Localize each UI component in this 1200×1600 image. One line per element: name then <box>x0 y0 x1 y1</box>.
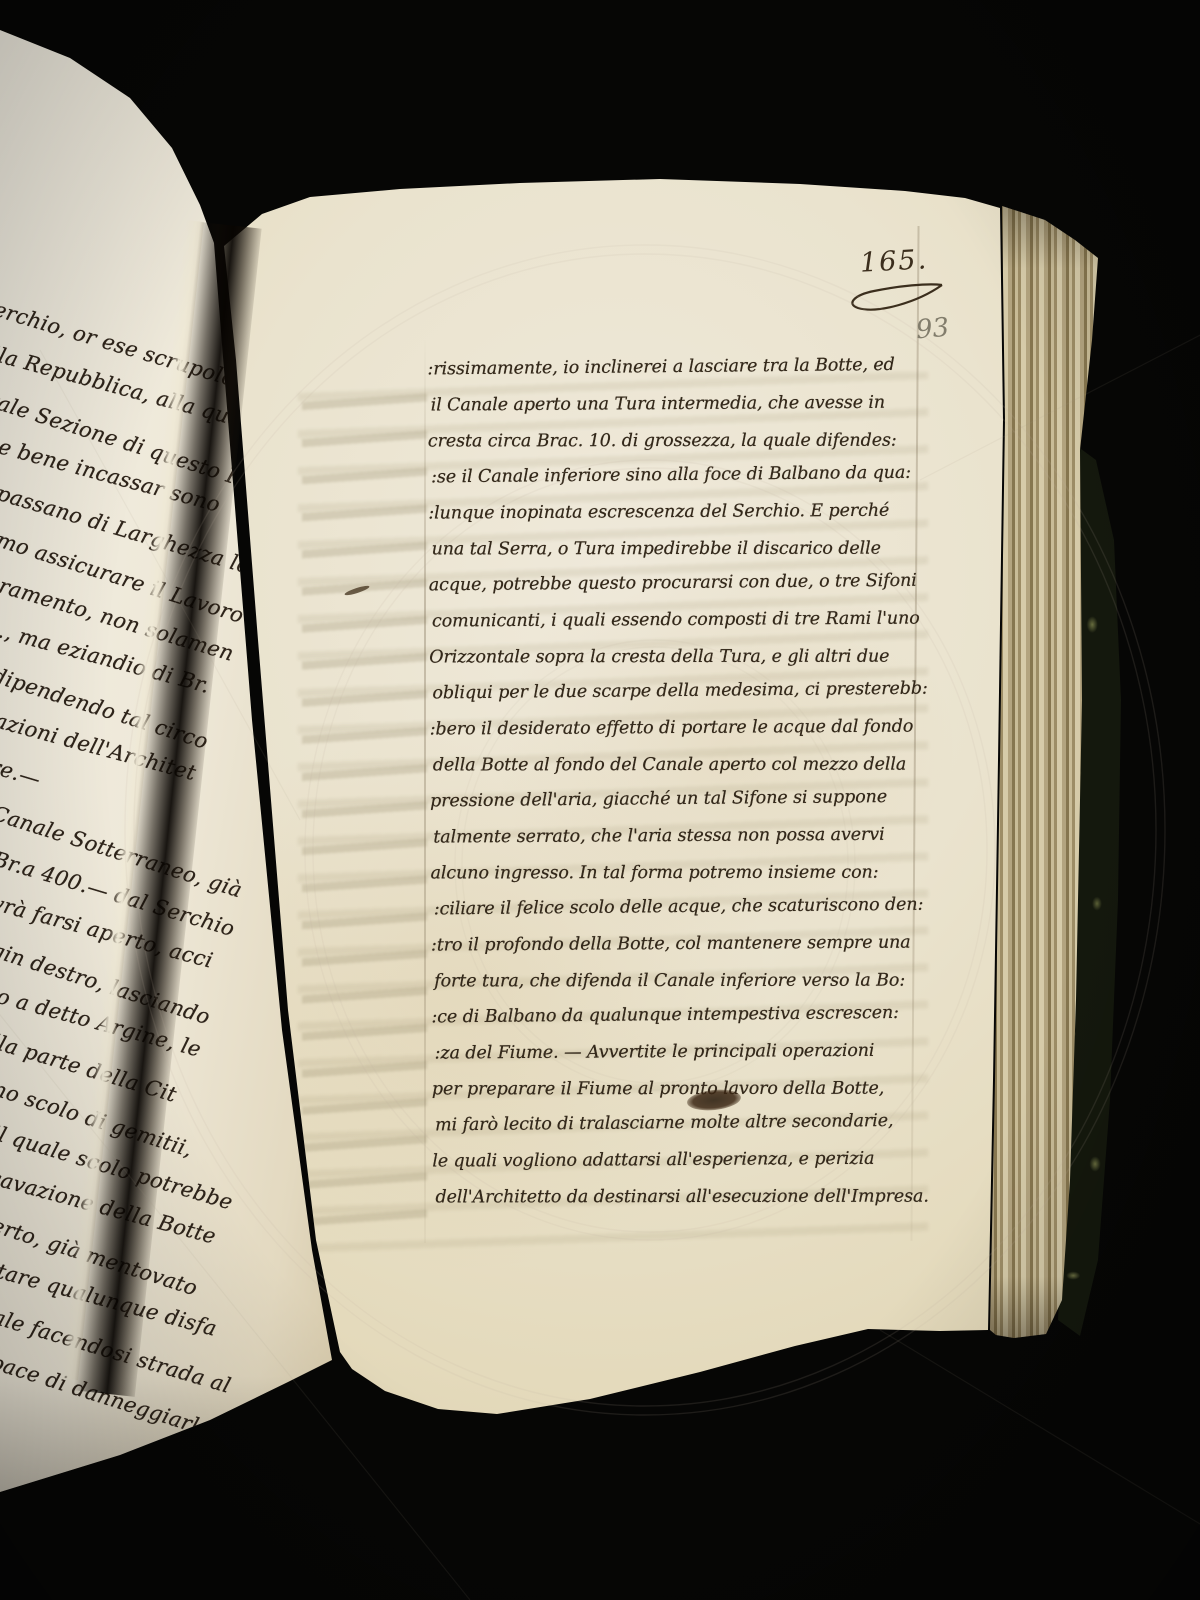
manuscript-line: mi farò lecito di tralasciarne molte alt… <box>435 1103 932 1144</box>
manuscript-line: :tro il profondo della Botte, col manten… <box>431 924 931 963</box>
manuscript-line: Orizzontale sopra la cresta della Tura, … <box>429 639 929 676</box>
manuscript-line: cresta circa Brac. 10. di grossezza, la … <box>428 423 928 460</box>
manuscript-line: obliqui per le due scarpe della medesima… <box>432 671 929 712</box>
manuscript-line: della Botte al fondo del Canale aperto c… <box>433 747 930 784</box>
manuscript-line: :lunque inopinata escrescenza del Serchi… <box>428 492 928 531</box>
manuscript-line: acque, potrebbe questo procurarsi con du… <box>429 563 929 604</box>
manuscript-line: una tal Serra, o Tura impedirebbe il dis… <box>432 531 929 568</box>
manuscript-photo: :rissimamente, io inclinerei a lasciare … <box>0 0 1200 1600</box>
manuscript-text-block: :rissimamente, io inclinerei a lasciare … <box>427 348 932 1215</box>
manuscript-line: :bero il desiderato effetto di portare l… <box>430 708 930 747</box>
left-margin-crease <box>424 338 426 1243</box>
folio-number-pencil: 93 <box>915 313 951 346</box>
manuscript-line: talmente serrato, che l'aria stessa non … <box>433 816 930 855</box>
manuscript-line: alcuno ingresso. In tal forma potremo in… <box>431 855 931 892</box>
manuscript-line: :ciliare il felice scolo delle acque, ch… <box>434 887 931 928</box>
manuscript-line: dell'Architetto da destinarsi all'esecuz… <box>436 1179 933 1216</box>
manuscript-line: :za del Fiume. — Avvertite le principali… <box>435 1032 932 1071</box>
manuscript-line: per preparare il Fiume al pronto lavoro … <box>432 1071 932 1108</box>
manuscript-line: forte tura, che difenda il Canale inferi… <box>434 963 931 1000</box>
manuscript-line: comunicanti, i quali essendo composti di… <box>432 600 929 639</box>
page-number-flourish <box>848 280 948 316</box>
manuscript-line: le quali vogliono adattarsi all'esperien… <box>432 1140 932 1179</box>
manuscript-line: :rissimamente, io inclinerei a lasciare … <box>427 347 927 388</box>
manuscript-line: :ce di Balbano da qualunque intempestiva… <box>431 995 931 1036</box>
manuscript-line: :se il Canale inferiore sino alla foce d… <box>431 455 928 496</box>
page-number: 165. <box>859 244 929 279</box>
manuscript-line: il Canale aperto una Tura intermedia, ch… <box>431 384 928 423</box>
manuscript-line: pressione dell'aria, giacché un tal Sifo… <box>430 779 930 820</box>
margin-bleedthrough-texture <box>302 382 427 1242</box>
